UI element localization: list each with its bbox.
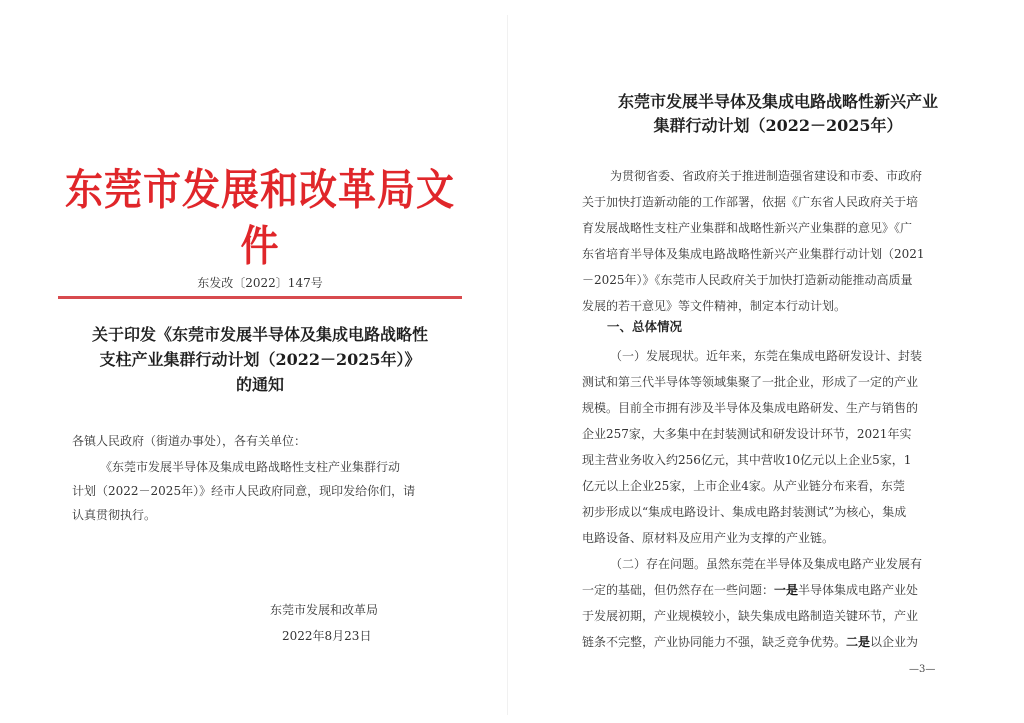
body-line: 规模。目前全市拥有涉及半导体及集成电路研发、生产与销售的 (582, 395, 977, 421)
signature-date: 2022年8月23日 (282, 627, 371, 644)
body-line: （一）发展现状。近年来，东莞在集成电路研发设计、封装 (582, 343, 977, 369)
body-line: 初步形成以“集成电路设计、集成电路封装测试”为核心，集成 (582, 499, 977, 525)
status-paragraph: （一）发展现状。近年来，东莞在集成电路研发设计、封装 测试和第三代半导体等领域集… (582, 343, 977, 551)
body-line: 认真贯彻执行。 (72, 503, 456, 527)
red-separator-rule (58, 296, 462, 299)
plan-title: 东莞市发展半导体及集成电路战略性新兴产业 集群行动计划（2022－2025年） (578, 90, 978, 138)
notice-title-line: 关于印发《东莞市发展半导体及集成电路战略性 (58, 322, 462, 347)
notice-body: 《东莞市发展半导体及集成电路战略性支柱产业集群行动 计划（2022－2025年）… (72, 455, 456, 527)
body-line: 一定的基础，但仍然存在一些问题：一是半导体集成电路产业处 (582, 577, 977, 603)
emphasis-second: 二是 (846, 635, 870, 649)
body-line: 为贯彻省委、省政府关于推进制造强省建设和市委、市政府 (582, 163, 977, 189)
body-line: 计划（2022－2025年）》经市人民政府同意，现印发给你们，请 (72, 479, 456, 503)
notice-title-line: 的通知 (58, 372, 462, 397)
document-number: 东发改〔2022〕147号 (58, 274, 462, 291)
body-line: 亿元以上企业25家，上市企业4家。从产业链分布来看，东莞 (582, 473, 977, 499)
body-line: （二）存在问题。虽然东莞在半导体及集成电路产业发展有 (582, 551, 977, 577)
text-span: 一定的基础，但仍然存在一些问题： (582, 583, 774, 597)
document-masthead: 东莞市发展和改革局文件 (58, 162, 462, 274)
intro-paragraph: 为贯彻省委、省政府关于推进制造强省建设和市委、市政府 关于加快打造新动能的工作部… (582, 163, 977, 319)
body-line: 链条不完整，产业协同能力不强，缺乏竞争优势。二是以企业为 (582, 629, 977, 655)
signature-organization: 东莞市发展和改革局 (270, 601, 378, 618)
text-span: 半导体集成电路产业处 (798, 583, 918, 597)
addressee: 各镇人民政府（街道办事处），各有关单位： (72, 432, 306, 449)
body-line: 测试和第三代半导体等领域集聚了一批企业，形成了一定的产业 (582, 369, 977, 395)
body-line: 关于加快打造新动能的工作部署，依据《广东省人民政府关于培 (582, 189, 977, 215)
body-line: 现主营业务收入约256亿元，其中营收10亿元以上企业5家，1 (582, 447, 977, 473)
body-line: 东省培育半导体及集成电路战略性新兴产业集群行动计划（2021 (582, 241, 977, 267)
text-span: 链条不完整，产业协同能力不强，缺乏竞争优势。 (582, 635, 846, 649)
text-span: 以企业为 (870, 635, 918, 649)
emphasis-first: 一是 (774, 583, 798, 597)
body-line: 企业257家，大多集中在封装测试和研发设计环节，2021年实 (582, 421, 977, 447)
plan-title-line: 集群行动计划（2022－2025年） (578, 114, 978, 138)
notice-title: 关于印发《东莞市发展半导体及集成电路战略性 支柱产业集群行动计划（2022－20… (58, 322, 462, 397)
page-number: —3— (909, 664, 935, 675)
body-line: 于发展初期，产业规模较小，缺失集成电路制造关键环节，产业 (582, 603, 977, 629)
body-line: 育发展战略性支柱产业集群和战略性新兴产业集群的意见》《广 (582, 215, 977, 241)
notice-title-line: 支柱产业集群行动计划（2022－2025年）》 (58, 347, 462, 372)
problems-paragraph: （二）存在问题。虽然东莞在半导体及集成电路产业发展有 一定的基础，但仍然存在一些… (582, 551, 977, 655)
plan-title-line: 东莞市发展半导体及集成电路战略性新兴产业 (578, 90, 978, 114)
body-line: 电路设备、原材料及应用产业为支撑的产业链。 (582, 525, 977, 551)
body-line: 《东莞市发展半导体及集成电路战略性支柱产业集群行动 (72, 455, 456, 479)
body-line: 发展的若干意见》等文件精神，制定本行动计划。 (582, 293, 977, 319)
body-line: －2025年）》《东莞市人民政府关于加快打造新动能推动高质量 (582, 267, 977, 293)
section-heading: 一、总体情况 (607, 317, 682, 335)
